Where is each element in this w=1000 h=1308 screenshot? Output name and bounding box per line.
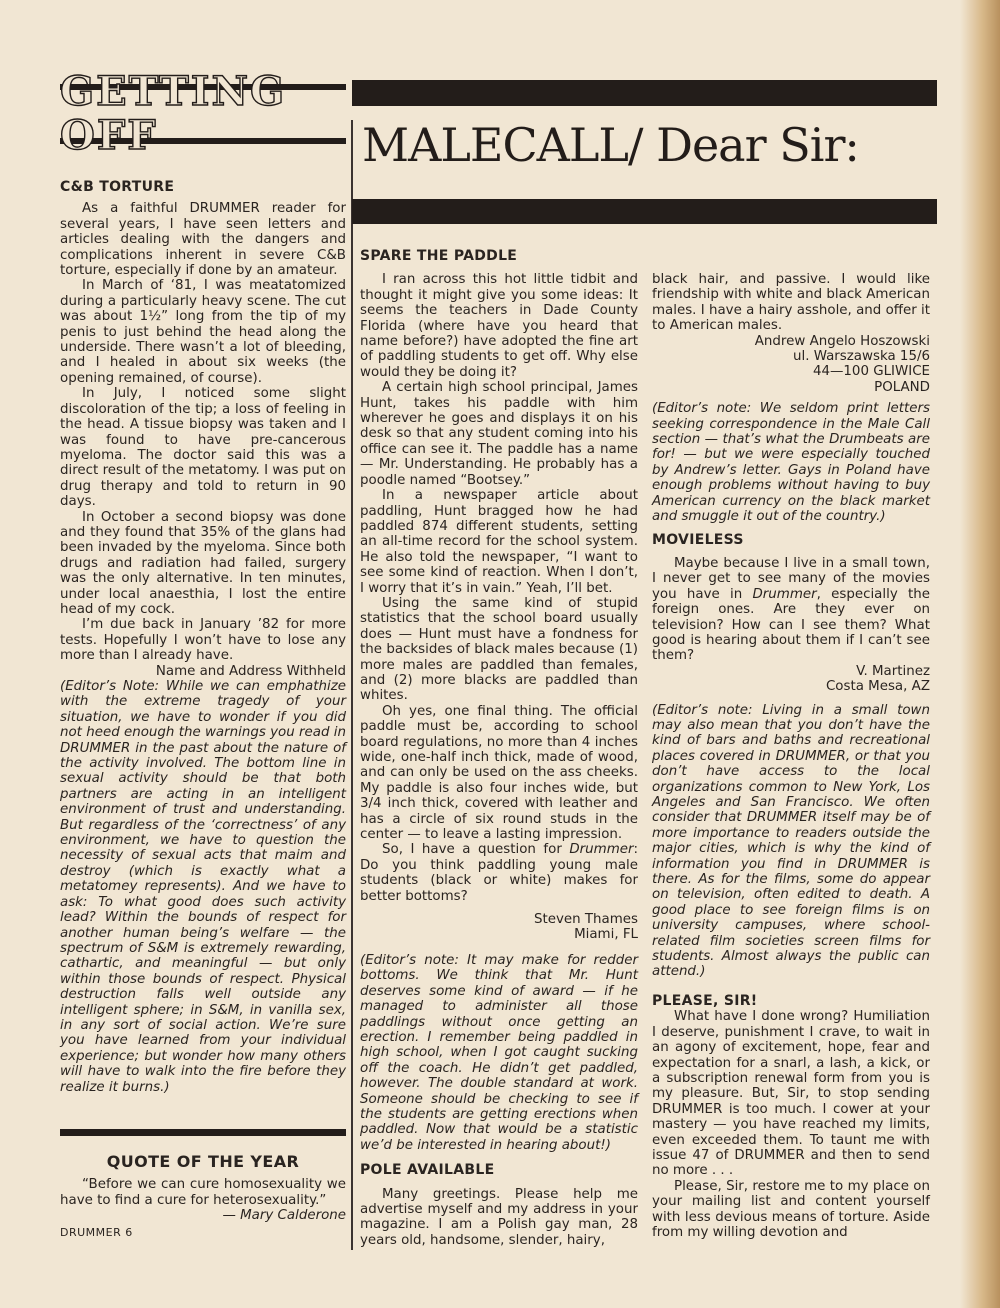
paragraph: Oh yes, one final thing. The official pa…	[360, 704, 638, 843]
paragraph: In March of ‘81, I was meatatomized duri…	[60, 278, 346, 386]
paragraph: Maybe because I live in a small town, I …	[652, 556, 930, 664]
address-line: 44—100 GLIWICE	[652, 364, 930, 379]
paragraph-question: So, I have a question for Drummer: Do yo…	[360, 842, 638, 904]
quote-rule	[60, 1129, 346, 1136]
address-line: POLAND	[652, 380, 930, 395]
page-edge-shadow	[960, 0, 1000, 1308]
address-line: Andrew Angelo Hoszowski	[652, 334, 930, 349]
paragraph: In October a second biopsy was done and …	[60, 510, 346, 618]
header-bar-top	[352, 80, 937, 106]
address-line: ul. Warszawska 15/6	[652, 349, 930, 364]
paragraph: In July, I noticed some slight discolora…	[60, 386, 346, 509]
paragraph: As a faithful DRUMMER reader for several…	[60, 201, 346, 278]
signature-place: Miami, FL	[360, 927, 638, 942]
getting-off-column: GETTING OFF C&B TORTURE As a faithful DR…	[60, 84, 346, 1224]
quote-text: “Before we can cure homosexuality we hav…	[60, 1177, 346, 1208]
header-bar-bottom	[352, 199, 937, 224]
quote-attribution: — Mary Calderone	[60, 1208, 346, 1223]
paragraph: A certain high school principal, James H…	[360, 380, 638, 488]
paragraph: In a newspaper article about paddling, H…	[360, 488, 638, 596]
page-footer: DRUMMER 6	[60, 1226, 133, 1239]
paragraph: Using the same kind of stupid statistics…	[360, 596, 638, 704]
right-column: black hair, and passive. I would like fr…	[652, 272, 930, 1240]
editor-note: (Editor’s note: We seldom print letters …	[652, 401, 930, 524]
paragraph: What have I done wrong? Humiliation I de…	[652, 1009, 930, 1178]
signature-name: V. Martinez	[652, 664, 930, 679]
section-heading-please-sir: PLEASE, SIR!	[652, 994, 930, 1009]
column-divider	[351, 120, 353, 1250]
paragraph: Many greetings. Please help me advertise…	[360, 1187, 638, 1249]
section-heading-spare-the-paddle: SPARE THE PADDLE	[360, 249, 638, 264]
paragraph: Please, Sir, restore me to my place on y…	[652, 1179, 930, 1241]
middle-column: SPARE THE PADDLE I ran across this hot l…	[360, 249, 638, 1248]
signature-place: Costa Mesa, AZ	[652, 679, 930, 694]
quote-heading: QUOTE OF THE YEAR	[60, 1154, 346, 1169]
paragraph: I ran across this hot little tidbit and …	[360, 272, 638, 380]
editor-note: (Editor’s note: Living in a small town m…	[652, 703, 930, 980]
magazine-name: Drummer	[569, 842, 633, 857]
malecall-title: MALECALL/ Dear Sir:	[362, 118, 859, 172]
paragraph-continued: black hair, and passive. I would like fr…	[652, 272, 930, 334]
section-heading-cb-torture: C&B TORTURE	[60, 180, 346, 195]
magazine-name: Drummer	[752, 587, 816, 602]
getting-off-title: GETTING OFF	[60, 92, 346, 136]
section-heading-pole-available: POLE AVAILABLE	[360, 1163, 638, 1178]
editor-note: (Editor’s note: It may make for redder b…	[360, 953, 638, 1153]
section-heading-movieless: MOVIELESS	[652, 533, 930, 548]
editor-note: (Editor’s Note: While we can emphathize …	[60, 679, 346, 1095]
signature-name: Steven Thames	[360, 912, 638, 927]
paragraph: I’m due back in January ’82 for more tes…	[60, 617, 346, 663]
text: So, I have a question for	[382, 842, 569, 857]
signature: Name and Address Withheld	[60, 664, 346, 679]
